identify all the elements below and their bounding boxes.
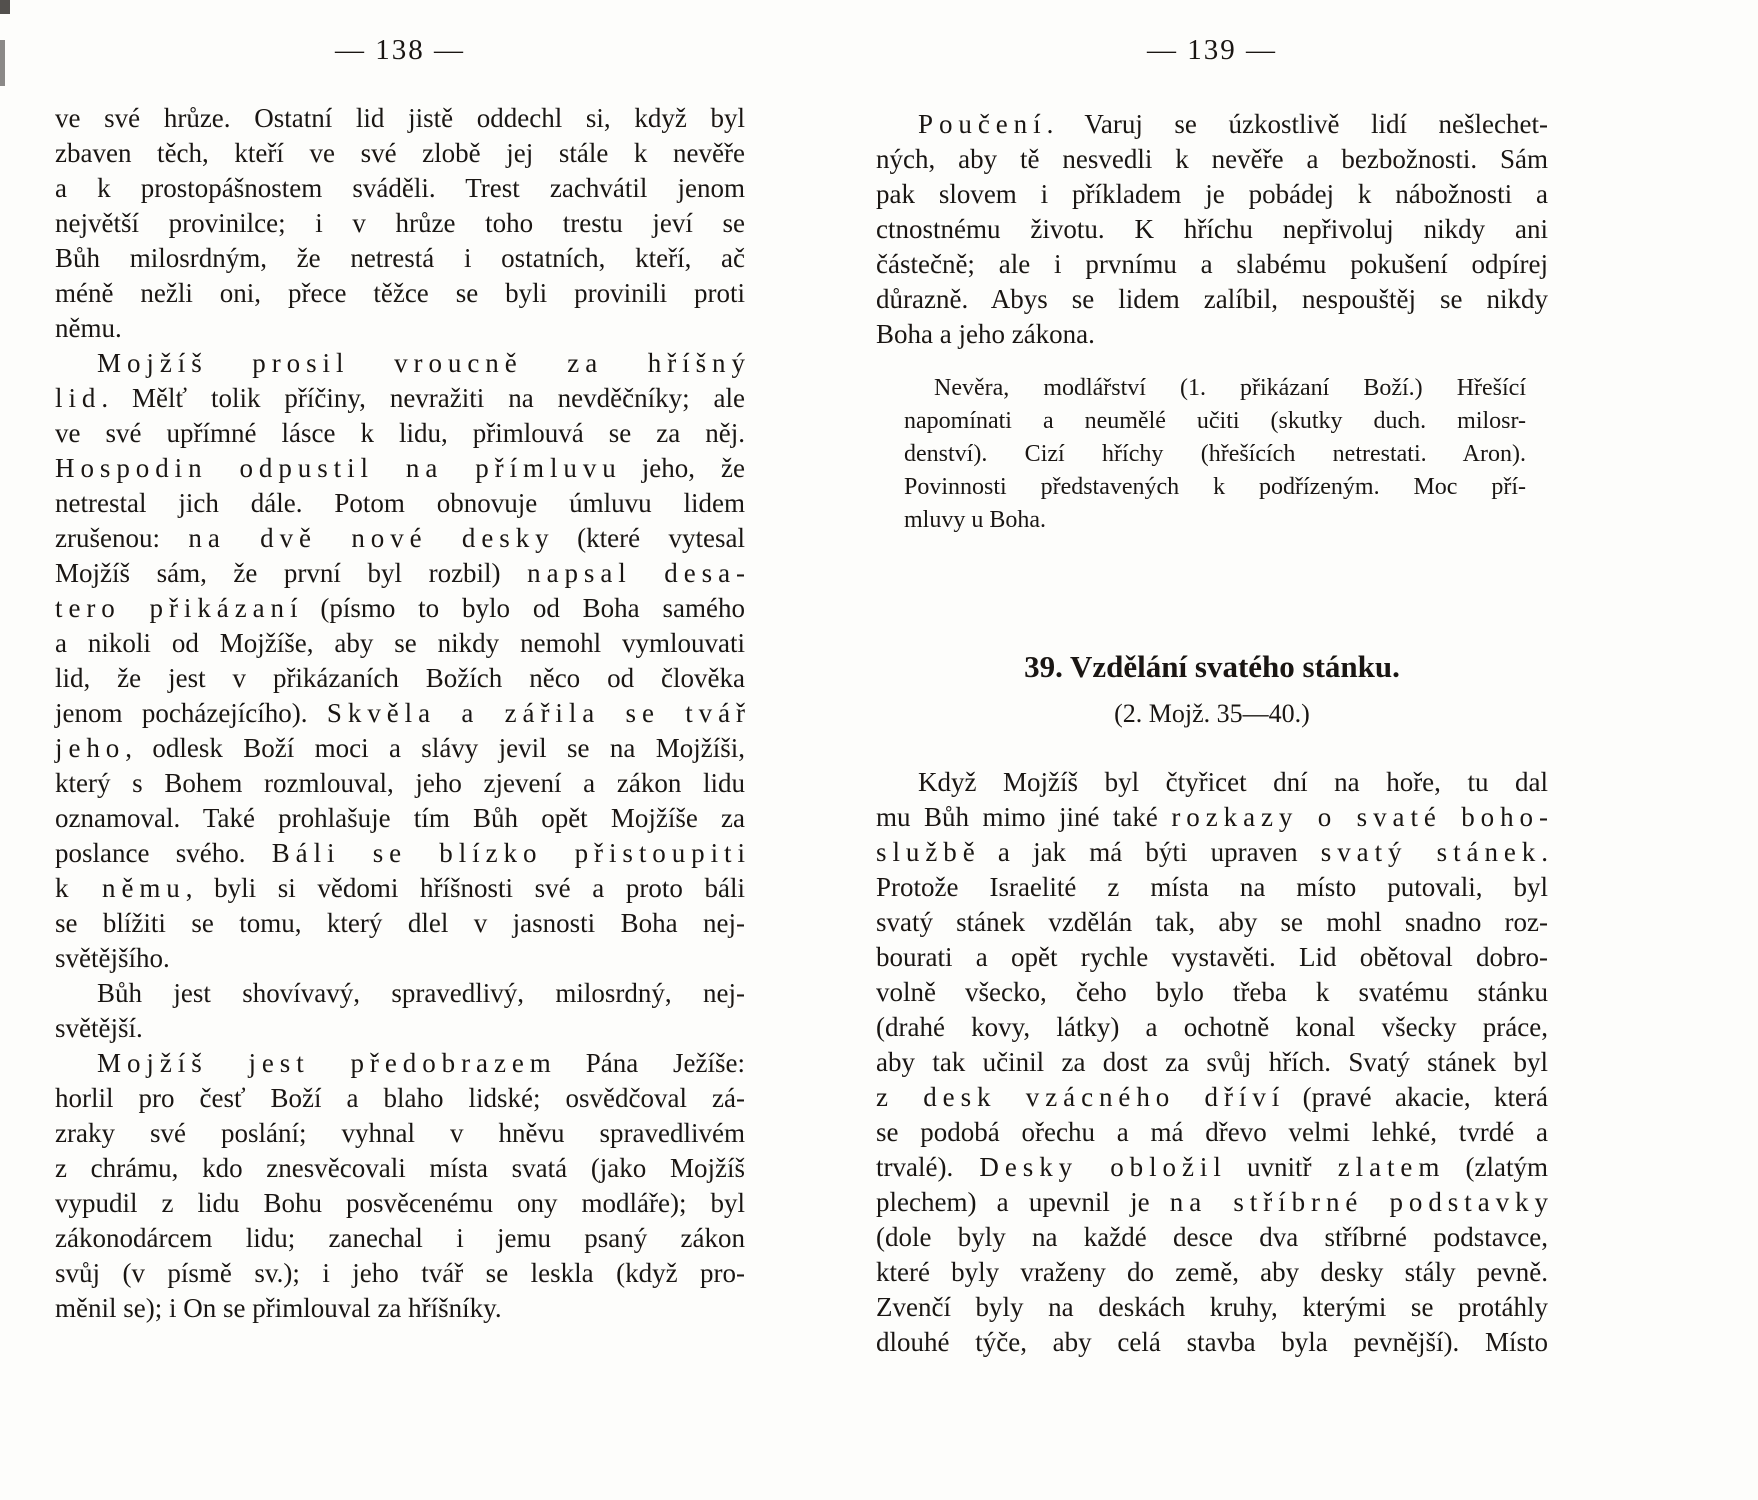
text-run: plechem) a upevnil je	[876, 1187, 1170, 1217]
text-line: (dole byly na každé desce dva stříbrné p…	[876, 1220, 1548, 1255]
text-line: Povinnosti představených k podřízeným. M…	[904, 471, 1526, 504]
text-run: jeho, že	[616, 453, 745, 483]
page-139: — 139 — Poučení. Varuj se úzkostlivě lid…	[876, 0, 1548, 1360]
text-line: Mojžíš sám, že první byl rozbil) napsal …	[55, 556, 745, 591]
text-line: svůj (v písmě sv.); i jeho tvář se leskl…	[55, 1256, 745, 1291]
text-line: ve své hrůze. Ostatní lid jistě oddechl …	[55, 101, 745, 136]
text-run: horlil pro česť Boží a blaho lidské; osv…	[55, 1083, 745, 1113]
text-run: Pána Ježíše:	[551, 1048, 745, 1078]
emphasized-spaced-text: z desk vzácného dříví	[876, 1082, 1285, 1112]
text-line: Boha a jeho zákona.	[876, 317, 1548, 352]
text-run: (dole byly na každé desce dva stříbrné p…	[876, 1222, 1548, 1252]
text-line: Protože Israelité z místa na místo putov…	[876, 870, 1548, 905]
text-run: oznamoval. Také prohlašuje tím Bůh opět …	[55, 803, 745, 833]
text-run: které byly vraženy do země, aby desky st…	[876, 1257, 1548, 1287]
text-line: z desk vzácného dříví (pravé akacie, kte…	[876, 1080, 1548, 1115]
emphasized-spaced-text: rozkazy o svaté boho-	[1171, 802, 1554, 832]
text-line: které byly vraženy do země, aby desky st…	[876, 1255, 1548, 1290]
text-run: ve své hrůze. Ostatní lid jistě oddechl …	[55, 103, 745, 133]
text-run: mu Bůh mimo jiné také	[876, 802, 1171, 832]
text-line: zrušenou: na dvě nové desky (které vytes…	[55, 521, 745, 556]
text-line: zákonodárcem lidu; zanechal i jemu psaný…	[55, 1221, 745, 1256]
page-number: — 139 —	[876, 34, 1548, 67]
text-run: Varuj se úzkostlivě lidí nešlechet-	[1053, 109, 1548, 139]
text-run: Bůh milosrdným, že netrestá i ostatních,…	[55, 243, 745, 273]
text-line: Hospodin odpustil na přímluvu jeho, že	[55, 451, 745, 486]
text-line: horlil pro česť Boží a blaho lidské; osv…	[55, 1081, 745, 1116]
text-run: (písmo to bylo od Boha samého	[297, 593, 745, 623]
note-block: Nevěra, modlářství (1. přikázaní Boží.) …	[904, 372, 1526, 537]
text-run: méně nežli oni, přece těžce se byli prov…	[55, 278, 745, 308]
text-line: trvalé). Desky obložil uvnitř zlatem (zl…	[876, 1150, 1548, 1185]
text-line: se podobá ořechu a má dřevo velmi lehké,…	[876, 1115, 1548, 1150]
emphasized-spaced-text: svatý stánek.	[1321, 837, 1554, 867]
text-line: Mojžíš jest předobrazem Pána Ježíše:	[55, 1046, 745, 1081]
text-run: zbaven těch, kteří ve své zlobě jej stál…	[55, 138, 745, 168]
text-line: Nevěra, modlářství (1. přikázaní Boží.) …	[904, 372, 1526, 405]
emphasized-spaced-text: Poučení.	[918, 109, 1059, 139]
text-line: tero přikázaní (písmo to bylo od Boha sa…	[55, 591, 745, 626]
emphasized-spaced-text: službě	[876, 837, 981, 867]
text-run: odlesk Boží moci a slávy jevil se na Moj…	[132, 733, 745, 763]
paragraph: ve své hrůze. Ostatní lid jistě oddechl …	[55, 101, 745, 346]
text-run: důrazně. Abys se lidem zalíbil, nespoušt…	[876, 284, 1548, 314]
text-run: Mojžíš sám, že první byl rozbil)	[55, 558, 527, 588]
text-run: (které vytesal	[549, 523, 745, 553]
text-line: službě a jak má býti upraven svatý stáne…	[876, 835, 1548, 870]
text-run: jenom pocházejícího).	[55, 698, 327, 728]
emphasized-spaced-text: jeho,	[55, 733, 138, 763]
emphasized-spaced-text: Desky obložil	[979, 1152, 1226, 1182]
text-line: Bůh jest shovívavý, spravedlivý, milosrd…	[55, 976, 745, 1011]
text-line: ve své upřímné lásce k lidu, přimlouvá s…	[55, 416, 745, 451]
text-line: poslance svého. Báli se blízko přistoupi…	[55, 836, 745, 871]
text-line: ctnostnému životu. K hříchu nepřivoluj n…	[876, 212, 1548, 247]
text-line: světějšího.	[55, 941, 745, 976]
text-line: a k prostopášnostem sváděli. Trest zachv…	[55, 171, 745, 206]
scan-artifact	[0, 0, 10, 14]
text-line: Poučení. Varuj se úzkostlivě lidí nešlec…	[876, 107, 1548, 142]
text-run: Boha a jeho zákona.	[876, 319, 1095, 349]
text-line: měnil se); i On se přimlouval za hříšník…	[55, 1291, 745, 1326]
page-number: — 138 —	[55, 34, 745, 67]
text-line: (drahé kovy, látky) a ochotně konal všec…	[876, 1010, 1548, 1045]
text-run: denství). Cizí hříchy (hřešících netrest…	[904, 441, 1526, 467]
text-run: a jak má býti upraven	[975, 837, 1321, 867]
emphasized-spaced-text: zlatem	[1338, 1152, 1446, 1182]
section-subtitle: (2. Mojž. 35—40.)	[876, 699, 1548, 729]
text-line: jeho, odlesk Boží moci a slávy jevil se …	[55, 731, 745, 766]
emphasized-spaced-text: Hospodin odpustil na přímluvu	[55, 453, 622, 483]
book-scan: — 138 — ve své hrůze. Ostatní lid jistě …	[0, 0, 1758, 1500]
emphasized-spaced-text: lid.	[55, 383, 114, 413]
text-run: Nevěra, modlářství (1. přikázaní Boží.) …	[934, 375, 1526, 401]
text-run: světější.	[55, 1013, 143, 1043]
text-line: a nikoli od Mojžíše, aby se nikdy nemohl…	[55, 626, 745, 661]
text-run: měnil se); i On se přimlouval za hříšník…	[55, 1293, 502, 1323]
text-line: z chrámu, kdo znesvěcovali místa svatá (…	[55, 1151, 745, 1186]
text-run: ných, aby tě nesvedli k nevěře a bezbožn…	[876, 144, 1548, 174]
text-run: největší provinilce; i v hrůze toho tres…	[55, 208, 745, 238]
text-run: se podobá ořechu a má dřevo velmi lehké,…	[876, 1117, 1548, 1147]
paragraph: Mojžíš jest předobrazem Pána Ježíše:horl…	[55, 1046, 745, 1326]
text-run: aby tak učinil za dost za svůj hřích. Sv…	[876, 1047, 1548, 1077]
text-line: světější.	[55, 1011, 745, 1046]
text-line: pak slovem i příkladem je pobádej k nábo…	[876, 177, 1548, 212]
text-line: důrazně. Abys se lidem zalíbil, nespoušt…	[876, 282, 1548, 317]
paragraph: Když Mojžíš byl čtyřicet dní na hoře, tu…	[876, 765, 1548, 1360]
text-run: Povinnosti představených k podřízeným. M…	[904, 474, 1526, 500]
page-body: ve své hrůze. Ostatní lid jistě oddechl …	[55, 101, 745, 1326]
text-run: netrestal jich dále. Potom obnovuje úmlu…	[55, 488, 745, 518]
text-line: Když Mojžíš byl čtyřicet dní na hoře, tu…	[876, 765, 1548, 800]
text-line: napomínati a neumělé učiti (skutky duch.…	[904, 405, 1526, 438]
text-run: ctnostnému životu. K hříchu nepřivoluj n…	[876, 214, 1548, 244]
text-line: dlouhé týče, aby celá stavba byla pevněj…	[876, 1325, 1548, 1360]
text-run: zrušenou:	[55, 523, 188, 553]
text-line: částečně; ale i prvnímu a slabému pokuše…	[876, 247, 1548, 282]
text-run: částečně; ale i prvnímu a slabému pokuše…	[876, 249, 1548, 279]
emphasized-spaced-text: na stříbrné podstavky	[1170, 1187, 1554, 1217]
text-line: k němu, byli si vědomi hříšnosti své a p…	[55, 871, 745, 906]
page-body: Poučení. Varuj se úzkostlivě lidí nešlec…	[876, 107, 1548, 1360]
text-line: Mojžíš prosil vroucně za hříšný	[55, 346, 745, 381]
text-run: bourati a opět rychle vystavěti. Lid obě…	[876, 942, 1548, 972]
text-line: se blížiti se tomu, který dlel v jasnost…	[55, 906, 745, 941]
text-line: netrestal jich dále. Potom obnovuje úmlu…	[55, 486, 745, 521]
text-run: Mělť tolik příčiny, nevražiti na nevděčn…	[108, 383, 745, 413]
text-run: napomínati a neumělé učiti (skutky duch.…	[904, 408, 1526, 434]
text-run: mluvy u Boha.	[904, 507, 1046, 533]
emphasized-spaced-text: k němu,	[55, 873, 198, 903]
text-run: pak slovem i příkladem je pobádej k nábo…	[876, 179, 1548, 209]
text-line: který s Bohem rozmlouval, jeho zjevení a…	[55, 766, 745, 801]
text-line: plechem) a upevnil je na stříbrné podsta…	[876, 1185, 1548, 1220]
text-line: jenom pocházejícího). Skvěla a zářila se…	[55, 696, 745, 731]
text-line: Bůh milosrdným, že netrestá i ostatních,…	[55, 241, 745, 276]
text-run: který s Bohem rozmlouval, jeho zjevení a…	[55, 768, 745, 798]
emphasized-spaced-text: Mojžíš jest předobrazem	[97, 1048, 557, 1078]
text-run: svatý stánek vzdělán tak, aby se mohl sn…	[876, 907, 1548, 937]
text-run: Když Mojžíš byl čtyřicet dní na hoře, tu…	[918, 767, 1548, 797]
text-run: trvalé).	[876, 1152, 979, 1182]
emphasized-spaced-text: napsal desa-	[527, 558, 751, 588]
text-line: denství). Cizí hříchy (hřešících netrest…	[904, 438, 1526, 471]
text-line: lid. Mělť tolik příčiny, nevražiti na ne…	[55, 381, 745, 416]
text-run: poslance svého.	[55, 838, 272, 868]
text-line: němu.	[55, 311, 745, 346]
text-run: němu.	[55, 313, 122, 343]
text-run: se blížiti se tomu, který dlel v jasnost…	[55, 908, 745, 938]
emphasized-spaced-text: Mojžíš prosil vroucně za hříšný	[97, 348, 751, 378]
text-run: zraky své poslání; vyhnal v hněvu sprave…	[55, 1118, 745, 1148]
text-run: Protože Israelité z místa na místo putov…	[876, 872, 1548, 902]
text-line: Zvenčí byly na deskách kruhy, kterými se…	[876, 1290, 1548, 1325]
text-run: a k prostopášnostem sváděli. Trest zachv…	[55, 173, 745, 203]
text-run: lid, že jest v přikázaních Božích něco o…	[55, 663, 745, 693]
text-line: aby tak učinil za dost za svůj hřích. Sv…	[876, 1045, 1548, 1080]
text-run: vypudil z lidu Bohu posvěcenému ony modl…	[55, 1188, 745, 1218]
emphasized-spaced-text: Báli se blízko přistoupiti	[272, 838, 751, 868]
emphasized-spaced-text: na dvě nové desky	[188, 523, 554, 553]
text-run: (drahé kovy, látky) a ochotně konal všec…	[876, 1012, 1548, 1042]
emphasized-spaced-text: Skvěla a zářila se tvář	[327, 698, 751, 728]
text-line: vypudil z lidu Bohu posvěcenému ony modl…	[55, 1186, 745, 1221]
text-run: světějšího.	[55, 943, 170, 973]
text-line: volně všecko, čeho bylo třeba k svatému …	[876, 975, 1548, 1010]
paragraph: Bůh jest shovívavý, spravedlivý, milosrd…	[55, 976, 745, 1046]
text-run: Zvenčí byly na deskách kruhy, kterými se…	[876, 1292, 1548, 1322]
text-run: (pravé akacie, která	[1279, 1082, 1548, 1112]
text-line: mluvy u Boha.	[904, 504, 1526, 537]
emphasized-spaced-text: tero přikázaní	[55, 593, 303, 623]
text-line: oznamoval. Také prohlašuje tím Bůh opět …	[55, 801, 745, 836]
text-line: největší provinilce; i v hrůze toho tres…	[55, 206, 745, 241]
text-run: (zlatým	[1439, 1152, 1548, 1182]
text-line: zbaven těch, kteří ve své zlobě jej stál…	[55, 136, 745, 171]
text-line: mu Bůh mimo jiné také rozkazy o svaté bo…	[876, 800, 1548, 835]
text-run: zákonodárcem lidu; zanechal i jemu psaný…	[55, 1223, 745, 1253]
paragraph: Mojžíš prosil vroucně za hříšnýlid. Mělť…	[55, 346, 745, 976]
text-run: byli si vědomi hříšnosti své a proto bál…	[193, 873, 745, 903]
text-run: ve své upřímné lásce k lidu, přimlouvá s…	[55, 418, 745, 448]
text-line: lid, že jest v přikázaních Božích něco o…	[55, 661, 745, 696]
text-run: Bůh jest shovívavý, spravedlivý, milosrd…	[97, 978, 745, 1008]
section-heading: 39. Vzdělání svatého stánku.	[876, 649, 1548, 685]
text-run: svůj (v písmě sv.); i jeho tvář se leskl…	[55, 1258, 745, 1288]
text-line: méně nežli oni, přece těžce se byli prov…	[55, 276, 745, 311]
text-run: volně všecko, čeho bylo třeba k svatému …	[876, 977, 1548, 1007]
paragraph: Poučení. Varuj se úzkostlivě lidí nešlec…	[876, 107, 1548, 352]
text-line: zraky své poslání; vyhnal v hněvu sprave…	[55, 1116, 745, 1151]
text-line: svatý stánek vzdělán tak, aby se mohl sn…	[876, 905, 1548, 940]
text-line: bourati a opět rychle vystavěti. Lid obě…	[876, 940, 1548, 975]
text-run: dlouhé týče, aby celá stavba byla pevněj…	[876, 1327, 1548, 1357]
text-run: a nikoli od Mojžíše, aby se nikdy nemohl…	[55, 628, 745, 658]
text-line: ných, aby tě nesvedli k nevěře a bezbožn…	[876, 142, 1548, 177]
text-run: z chrámu, kdo znesvěcovali místa svatá (…	[55, 1153, 745, 1183]
page-138: — 138 — ve své hrůze. Ostatní lid jistě …	[55, 0, 745, 1326]
text-run: uvnitř	[1221, 1152, 1338, 1182]
scan-artifact	[0, 40, 5, 86]
